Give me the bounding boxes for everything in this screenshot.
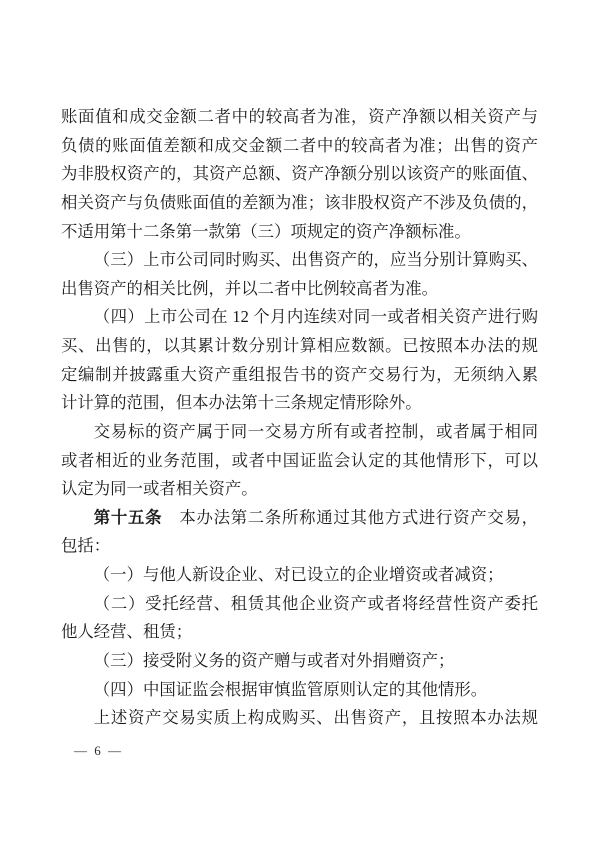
- text-line: （三）接受附义务的资产赠与或者对外捐赠资产；: [61, 647, 538, 676]
- text-segment: 定编制并披露重大资产重组报告书的资产交易行为，无须纳入累: [61, 365, 538, 384]
- paragraph: （三）接受附义务的资产赠与或者对外捐赠资产；: [61, 647, 538, 676]
- paragraph: 上述资产交易实质上构成购买、出售资产，且按照本办法规: [61, 704, 538, 733]
- text-segment: （四）上市公司在 12 个月内连续对同一或者相关资产进行购: [94, 307, 538, 326]
- paragraph: （四）中国证监会根据审慎监管原则认定的其他情形。: [61, 676, 538, 705]
- text-segment: 本办法第二条所称通过其他方式进行资产交易，: [162, 508, 538, 527]
- text-line: 负债的账面值差额和成交金额二者中的较高者为准；出售的资产: [61, 132, 538, 161]
- text-segment: 他人经营、租赁；: [61, 622, 192, 641]
- text-line: 账面值和成交金额二者中的较高者为准，资产净额以相关资产与: [61, 103, 538, 132]
- text-segment: 为非股权资产的，其资产总额、资产净额分别以该资产的账面值、: [61, 164, 538, 183]
- text-line: （二）受托经营、租赁其他企业资产或者将经营性资产委托: [61, 590, 538, 619]
- text-segment: 认定为同一或者相关资产。: [61, 479, 258, 498]
- text-line: 为非股权资产的，其资产总额、资产净额分别以该资产的账面值、: [61, 160, 538, 189]
- text-line: （四）上市公司在 12 个月内连续对同一或者相关资产进行购: [61, 303, 538, 332]
- text-line: （三）上市公司同时购买、出售资产的，应当分别计算购买、: [61, 246, 538, 275]
- text-line: （一）与他人新设企业、对已设立的企业增资或者减资；: [61, 561, 538, 590]
- paragraph: （三）上市公司同时购买、出售资产的，应当分别计算购买、出售资产的相关比例，并以二…: [61, 246, 538, 303]
- text-line: 第十五条 本办法第二条所称通过其他方式进行资产交易，: [61, 504, 538, 533]
- text-segment: 相关资产与负债账面值的差额为准；该非股权资产不涉及负债的，: [61, 193, 538, 212]
- text-line: 交易标的资产属于同一交易方所有或者控制，或者属于相同: [61, 418, 538, 447]
- document-body: 账面值和成交金额二者中的较高者为准，资产净额以相关资产与负债的账面值差额和成交金…: [61, 103, 538, 733]
- paragraph: 第十五条 本办法第二条所称通过其他方式进行资产交易，包括：: [61, 504, 538, 561]
- page-footer: — 6 —: [74, 743, 123, 759]
- article-heading: 第十五条: [94, 508, 162, 527]
- document-page: 账面值和成交金额二者中的较高者为准，资产净额以相关资产与负债的账面值差额和成交金…: [0, 0, 596, 842]
- paragraph: 交易标的资产属于同一交易方所有或者控制，或者属于相同或者相近的业务范围，或者中国…: [61, 418, 538, 504]
- text-segment: 买、出售的，以其累计数分别计算相应数额。已按照本办法的规: [61, 336, 538, 355]
- paragraph: 账面值和成交金额二者中的较高者为准，资产净额以相关资产与负债的账面值差额和成交金…: [61, 103, 538, 246]
- text-line: 不适用第十二条第一款第（三）项规定的资产净额标准。: [61, 218, 538, 247]
- text-segment: 不适用第十二条第一款第（三）项规定的资产净额标准。: [61, 222, 471, 241]
- paragraph: （二）受托经营、租赁其他企业资产或者将经营性资产委托他人经营、租赁；: [61, 590, 538, 647]
- text-line: （四）中国证监会根据审慎监管原则认定的其他情形。: [61, 676, 538, 705]
- text-segment: （三）上市公司同时购买、出售资产的，应当分别计算购买、: [94, 250, 538, 269]
- text-line: 他人经营、租赁；: [61, 618, 538, 647]
- text-line: 定编制并披露重大资产重组报告书的资产交易行为，无须纳入累: [61, 361, 538, 390]
- text-line: 买、出售的，以其累计数分别计算相应数额。已按照本办法的规: [61, 332, 538, 361]
- text-segment: （一）与他人新设企业、对已设立的企业增资或者减资；: [94, 565, 504, 584]
- text-line: 或者相近的业务范围，或者中国证监会认定的其他情形下，可以: [61, 447, 538, 476]
- text-line: 计计算的范围，但本办法第十三条规定情形除外。: [61, 389, 538, 418]
- text-segment: 包括：: [61, 536, 110, 555]
- text-line: 出售资产的相关比例，并以二者中比例较高者为准。: [61, 275, 538, 304]
- text-segment: 出售资产的相关比例，并以二者中比例较高者为准。: [61, 279, 438, 298]
- text-segment: （二）受托经营、租赁其他企业资产或者将经营性资产委托: [94, 594, 538, 613]
- text-line: 相关资产与负债账面值的差额为准；该非股权资产不涉及负债的，: [61, 189, 538, 218]
- text-segment: （四）中国证监会根据审慎监管原则认定的其他情形。: [94, 680, 487, 699]
- text-segment: 负债的账面值差额和成交金额二者中的较高者为准；出售的资产: [61, 136, 538, 155]
- text-line: 认定为同一或者相关资产。: [61, 475, 538, 504]
- text-line: 包括：: [61, 532, 538, 561]
- text-line: 上述资产交易实质上构成购买、出售资产，且按照本办法规: [61, 704, 538, 733]
- page-number: — 6 —: [74, 743, 123, 758]
- paragraph: （四）上市公司在 12 个月内连续对同一或者相关资产进行购买、出售的，以其累计数…: [61, 303, 538, 418]
- text-segment: 账面值和成交金额二者中的较高者为准，资产净额以相关资产与: [61, 107, 538, 126]
- text-segment: （三）接受附义务的资产赠与或者对外捐赠资产；: [94, 651, 455, 670]
- text-segment: 或者相近的业务范围，或者中国证监会认定的其他情形下，可以: [61, 451, 538, 470]
- text-segment: 上述资产交易实质上构成购买、出售资产，且按照本办法规: [94, 708, 538, 727]
- text-segment: 计计算的范围，但本办法第十三条规定情形除外。: [61, 393, 422, 412]
- text-segment: 交易标的资产属于同一交易方所有或者控制，或者属于相同: [94, 422, 538, 441]
- paragraph: （一）与他人新设企业、对已设立的企业增资或者减资；: [61, 561, 538, 590]
